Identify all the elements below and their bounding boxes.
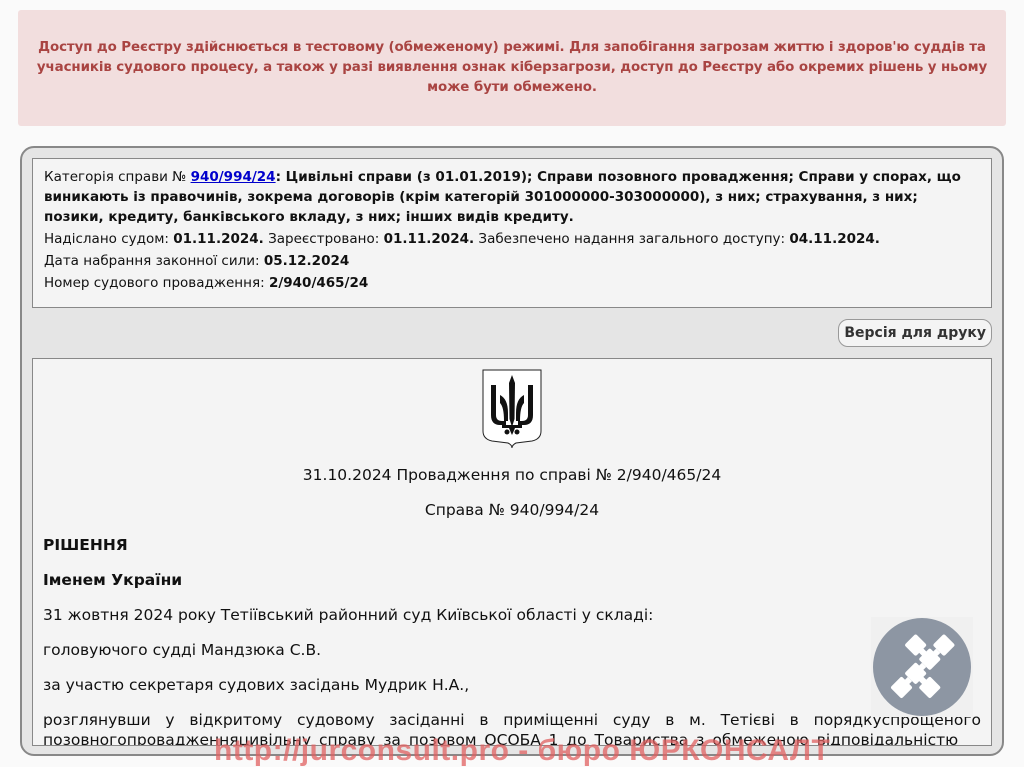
decision-frame: Категорія справи № 940/994/24: Цивільні … [20, 146, 1004, 756]
case-info-box: Категорія справи № 940/994/24: Цивільні … [32, 158, 992, 308]
print-version-button[interactable]: Версія для друку [838, 319, 992, 347]
proceeding-line: 31.10.2024 Провадження по справі № 2/940… [43, 465, 981, 485]
effective-label: Дата набрання законної сили: [44, 253, 264, 269]
decision-title: РІШЕННЯ [43, 535, 981, 555]
effective-date-row: Дата набрання законної сили: 05.12.2024 [44, 251, 980, 271]
proceeding-number: 2/940/465/24 [269, 275, 368, 291]
ukraine-trident-icon [482, 369, 542, 449]
in-name-of-ukraine: Іменем України [43, 570, 981, 590]
watermark-text: http://jurconsult.pro - бюро ЮРКОНСАЛТ [214, 734, 830, 767]
access-date: 04.11.2024. [789, 231, 880, 247]
category-label: Категорія справи № [44, 169, 191, 185]
case-category: Категорія справи № 940/994/24: Цивільні … [44, 167, 980, 227]
access-warning-banner: Доступ до Реєстру здійснюється в тестово… [18, 10, 1006, 126]
sent-date: 01.11.2024. [173, 231, 264, 247]
paragraph-secretary: за участю секретаря судових засідань Муд… [43, 675, 981, 695]
registered-date: 01.11.2024. [384, 231, 475, 247]
decision-document: 31.10.2024 Провадження по справі № 2/940… [32, 358, 992, 746]
paragraph-presiding-judge: головуючого судді Мандзюка С.В. [43, 640, 981, 660]
effective-date: 05.12.2024 [264, 253, 349, 269]
registered-label: Зареєстровано: [264, 231, 384, 247]
case-dates: Надіслано судом: 01.11.2024. Зареєстрова… [44, 229, 980, 249]
proceeding-number-row: Номер судового провадження: 2/940/465/24 [44, 273, 980, 293]
case-number-link[interactable]: 940/994/24 [191, 169, 276, 185]
access-warning-text: Доступ до Реєстру здійснюється в тестово… [34, 38, 990, 98]
case-line: Справа № 940/994/24 [43, 500, 981, 520]
access-label: Забезпечено надання загального доступу: [474, 231, 789, 247]
proceeding-label: Номер судового провадження: [44, 275, 269, 291]
sent-label: Надіслано судом: [44, 231, 173, 247]
puzzle-badge-icon [873, 618, 971, 716]
paragraph-court-composition: 31 жовтня 2024 року Тетіївський районний… [43, 605, 981, 625]
watermark-logo [871, 617, 973, 717]
